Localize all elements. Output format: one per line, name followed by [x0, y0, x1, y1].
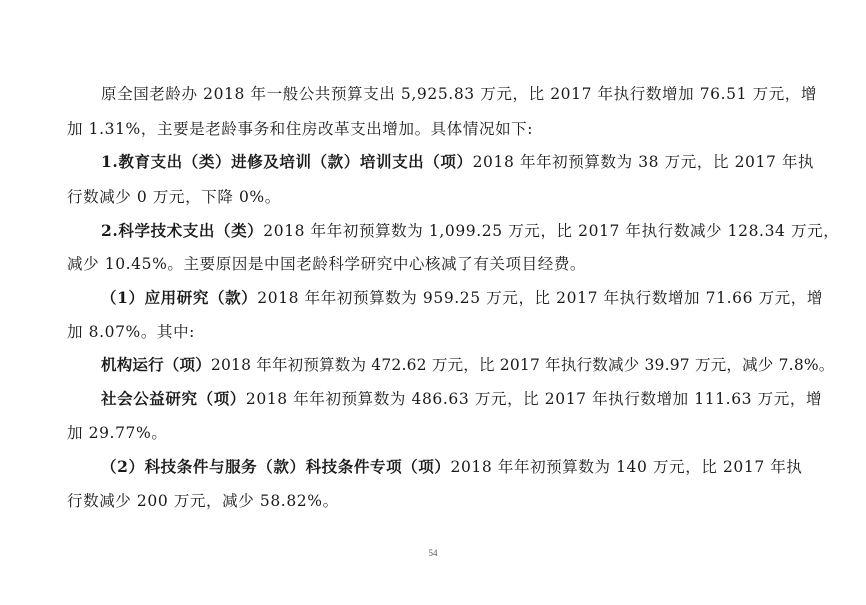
heading-science: 2.科学技术支出（类） — [101, 221, 263, 240]
text: 2018 年年初预算数为 38 万元，比 2017 年执 — [473, 153, 815, 171]
text: 2018 年年初预算数为 140 万元，比 2017 年执 — [451, 458, 803, 476]
paragraph-line: 社会公益研究（项）2018 年年初预算数为 486.63 万元，比 2017 年… — [101, 389, 801, 409]
paragraph-line: 行数减少 200 万元，减少 58.82%。 — [67, 491, 339, 511]
paragraph-line: 2.科学技术支出（类）2018 年年初预算数为 1,099.25 万元，比 20… — [101, 221, 801, 241]
paragraph-line: 减少 10.45%。主要原因是中国老龄科学研究中心核减了有关项目经费。 — [67, 254, 586, 274]
text: 2018 年年初预算数为 959.25 万元，比 2017 年执行数增加 71.… — [257, 289, 823, 307]
text: 2018 年年初预算数为 486.63 万元，比 2017 年执行数增加 111… — [246, 390, 822, 408]
text: 行数减少 200 万元，减少 58.82%。 — [67, 492, 339, 510]
paragraph-line: 机构运行（项）2018 年年初预算数为 472.62 万元，比 2017 年执行… — [101, 355, 801, 375]
paragraph-line: 加 29.77%。 — [67, 423, 167, 443]
text: 加 29.77%。 — [67, 424, 167, 442]
text: 行数减少 0 万元，下降 0%。 — [67, 188, 281, 206]
paragraph-line: （2）科技条件与服务（款）科技条件专项（项）2018 年年初预算数为 140 万… — [101, 457, 801, 477]
text: 原全国老龄办 2018 年一般公共预算支出 5,925.83 万元，比 2017… — [101, 85, 817, 103]
text: 加 1.31%，主要是老龄事务和住房改革支出增加。具体情况如下: — [67, 120, 533, 138]
heading-tech-conditions: （2）科技条件与服务（款）科技条件专项（项） — [101, 457, 451, 476]
paragraph-line: 行数减少 0 万元，下降 0%。 — [67, 187, 281, 207]
heading-public-welfare-research: 社会公益研究（项） — [101, 389, 246, 408]
heading-institution-operation: 机构运行（项） — [101, 355, 211, 374]
text: 加 8.07%。其中: — [67, 323, 195, 341]
paragraph-line: 加 8.07%。其中: — [67, 322, 195, 342]
paragraph-line: （1）应用研究（款）2018 年年初预算数为 959.25 万元，比 2017 … — [101, 288, 801, 308]
heading-applied-research: （1）应用研究（款） — [101, 288, 257, 307]
page-number: 54 — [0, 548, 866, 558]
text: 2018 年年初预算数为 1,099.25 万元，比 2017 年执行数减少 1… — [263, 222, 839, 240]
paragraph-line: 加 1.31%，主要是老龄事务和住房改革支出增加。具体情况如下: — [67, 119, 533, 139]
text: 减少 10.45%。主要原因是中国老龄科学研究中心核减了有关项目经费。 — [67, 255, 586, 273]
text: 2018 年年初预算数为 472.62 万元，比 2017 年执行数减少 39.… — [211, 356, 835, 374]
heading-education: 1.教育支出（类）进修及培训（款）培训支出（项） — [101, 152, 473, 171]
paragraph-line: 1.教育支出（类）进修及培训（款）培训支出（项）2018 年年初预算数为 38 … — [101, 152, 801, 172]
paragraph-line: 原全国老龄办 2018 年一般公共预算支出 5,925.83 万元，比 2017… — [101, 84, 801, 104]
